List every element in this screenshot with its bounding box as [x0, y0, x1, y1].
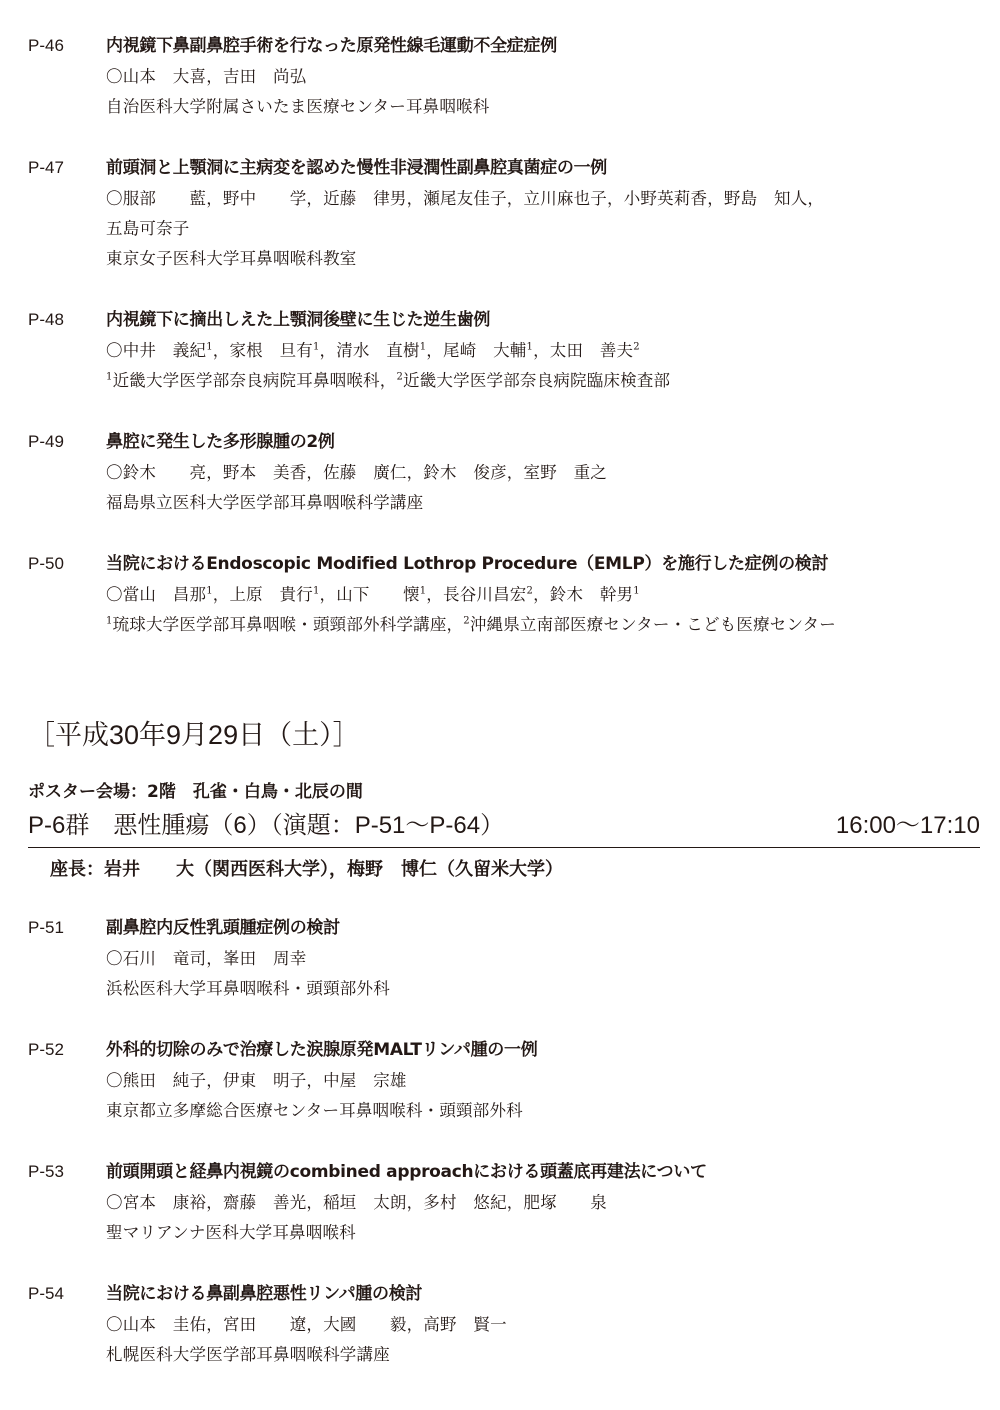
presentation-id: P-51 [28, 917, 64, 939]
affiliation: 1近畿大学医学部奈良病院耳鼻咽喉科，2近畿大学医学部奈良病院臨床検査部 [106, 370, 670, 392]
presentation-id: P-50 [28, 553, 64, 575]
presentation-title: 当院における鼻副鼻腔悪性リンパ腫の検討 [106, 1283, 422, 1305]
presentation-id: P-52 [28, 1039, 64, 1061]
date-heading: ［平成30年9月29日（土）］ [28, 718, 360, 752]
authors: 〇石川 竜司，峯田 周幸 [106, 948, 306, 970]
affiliation: 聖マリアンナ医科大学耳鼻咽喉科 [106, 1222, 356, 1244]
affiliation-marker: 1 [633, 586, 640, 597]
presentation-title: 当院におけるEndoscopic Modified Lothrop Proced… [106, 553, 828, 575]
presentation-title: 副鼻腔内反性乳頭腫症例の検討 [106, 917, 340, 939]
author-name: ，山下 懐 [320, 585, 420, 604]
author-name: 〇中井 義紀 [106, 341, 206, 360]
presentation-id: P-53 [28, 1161, 64, 1183]
affiliation-marker: 2 [633, 342, 640, 353]
affiliation-name: 近畿大学医学部奈良病院耳鼻咽喉科， [113, 371, 397, 390]
presentation-title: 前頭開頭と経鼻内視鏡のcombined approachにおける頭蓋底再建法につ… [106, 1161, 707, 1183]
affiliation: 自治医科大学附属さいたま医療センター耳鼻咽喉科 [106, 96, 489, 118]
presentation-title: 内視鏡下鼻副鼻腔手術を行なった原発性線毛運動不全症症例 [106, 35, 557, 57]
author-name: 〇當山 昌那 [106, 585, 206, 604]
presentation-id: P-49 [28, 431, 64, 453]
affiliation: 札幌医科大学医学部耳鼻咽喉科学講座 [106, 1344, 390, 1366]
affiliation: 東京都立多摩総合医療センター耳鼻咽喉科・頭頸部外科 [106, 1100, 523, 1122]
presentation-title: 鼻腔に発生した多形腺腫の2例 [106, 431, 335, 453]
authors: 〇山本 圭佑，宮田 遼，大國 毅，高野 賢一 [106, 1314, 507, 1336]
session-venue: ポスター会場：2階 孔雀・白鳥・北辰の間 [28, 781, 363, 803]
affiliation-name: 近畿大学医学部奈良病院臨床検査部 [403, 371, 670, 390]
authors-continued: 五島可奈子 [106, 218, 190, 240]
authors: 〇當山 昌那1，上原 貴行1，山下 懐1，長谷川昌宏2，鈴木 幹男1 [106, 584, 640, 606]
author-name: ，鈴木 幹男 [533, 585, 633, 604]
presentation-id: P-54 [28, 1283, 64, 1305]
author-name: ，尾崎 大輔 [426, 341, 526, 360]
affiliation: 1琉球大学医学部耳鼻咽喉・頭頸部外科学講座，2沖縄県立南部医療センター・こども医… [106, 614, 836, 636]
authors: 〇服部 藍，野中 学，近藤 律男，瀬尾友佳子，立川麻也子，小野英莉香，野島 知人… [106, 188, 824, 210]
author-name: ，上原 貴行 [213, 585, 313, 604]
session-title: P-6群 悪性腫瘍（6）（演題：P-51〜P-64） [28, 810, 504, 842]
affiliation: 浜松医科大学耳鼻咽喉科・頭頸部外科 [106, 978, 390, 1000]
affiliation-name: 沖縄県立南部医療センター・こども医療センター [470, 615, 836, 634]
authors: 〇熊田 純子，伊東 明子，中屋 宗雄 [106, 1070, 407, 1092]
author-name: ，家根 旦有 [213, 341, 313, 360]
presentation-id: P-47 [28, 157, 64, 179]
author-name: ，太田 善夫 [533, 341, 633, 360]
presentation-id: P-48 [28, 309, 64, 331]
authors: 〇中井 義紀1，家根 旦有1，清水 直樹1，尾崎 大輔1，太田 善夫2 [106, 340, 640, 362]
session-time: 16:00〜17:10 [836, 810, 980, 842]
presentation-id: P-46 [28, 35, 64, 57]
affiliation: 福島県立医科大学医学部耳鼻咽喉科学講座 [106, 492, 423, 514]
presentation-title: 内視鏡下に摘出しえた上顎洞後壁に生じた逆生歯例 [106, 309, 490, 331]
authors: 〇宮本 康裕，齋藤 善光，稲垣 太朗，多村 悠紀，肥塚 泉 [106, 1192, 607, 1214]
author-name: ，清水 直樹 [320, 341, 420, 360]
affiliation-name: 琉球大学医学部耳鼻咽喉・頭頸部外科学講座， [113, 615, 464, 634]
authors: 〇山本 大喜，吉田 尚弘 [106, 66, 306, 88]
affiliation: 東京女子医科大学耳鼻咽喉科教室 [106, 248, 357, 270]
presentation-title: 前頭洞と上顎洞に主病変を認めた慢性非浸潤性副鼻腔真菌症の一例 [106, 157, 607, 179]
authors: 〇鈴木 亮，野本 美香，佐藤 廣仁，鈴木 俊彦，室野 重之 [106, 462, 607, 484]
session-chairs: 座長：岩井 大（関西医科大学），梅野 博仁（久留米大学） [50, 857, 563, 883]
session-divider [28, 847, 980, 848]
author-name: ，長谷川昌宏 [426, 585, 526, 604]
presentation-title: 外科的切除のみで治療した涙腺原発MALTリンパ腫の一例 [106, 1039, 537, 1061]
